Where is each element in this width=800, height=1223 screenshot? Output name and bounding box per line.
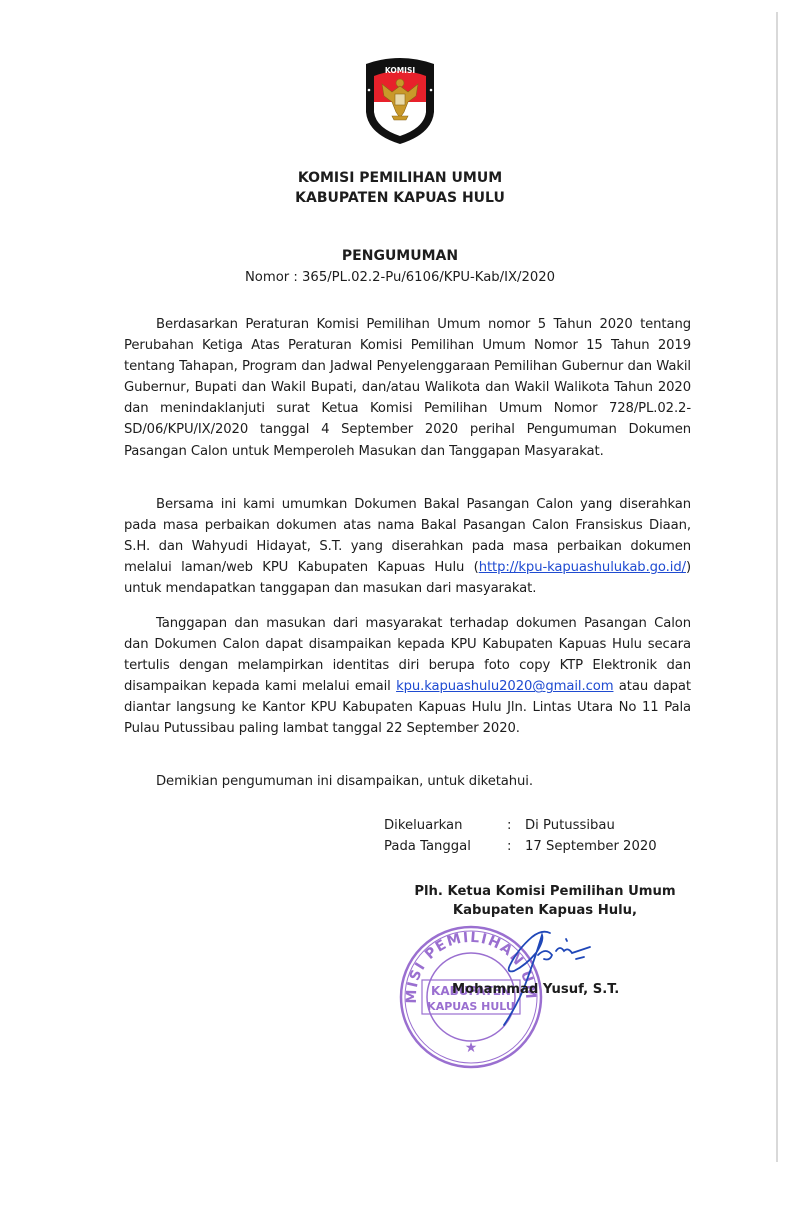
issued-info: Dikeluarkan : Di Putussibau Pada Tanggal… <box>384 815 657 857</box>
logo-top-text: KOMISI <box>385 66 416 75</box>
signatory-name: Mohammad Yusuf, S.T. <box>452 980 619 1000</box>
issued-place-value: Di Putussibau <box>525 815 615 836</box>
issued-date-label: Pada Tanggal <box>384 836 507 857</box>
issued-place-row: Dikeluarkan : Di Putussibau <box>384 815 657 836</box>
organization-line-1: KOMISI PEMILIHAN UMUM <box>0 168 800 188</box>
issued-date-row: Pada Tanggal : 17 September 2020 <box>384 836 657 857</box>
stamp-star-icon: ★ <box>465 1040 478 1056</box>
signatory-title: Plh. Ketua Komisi Pemilihan Umum Kabupat… <box>380 882 710 920</box>
issued-place-label: Dikeluarkan <box>384 815 507 836</box>
email-link[interactable]: kpu.kapuashulu2020@gmail.com <box>396 679 613 694</box>
website-link[interactable]: http://kpu-kapuashulukab.go.id/ <box>479 560 686 575</box>
paragraph-1: Berdasarkan Peraturan Komisi Pemilihan U… <box>124 314 691 462</box>
signatory-title-line-1: Plh. Ketua Komisi Pemilihan Umum <box>380 882 710 901</box>
paragraph-2: Bersama ini kami umumkan Dokumen Bakal P… <box>124 494 691 599</box>
document-number: Nomor : 365/PL.02.2-Pu/6106/KPU-Kab/IX/2… <box>0 268 800 288</box>
kpu-emblem-icon: KOMISI PEMILIHAN UMUM <box>352 50 448 146</box>
separator: : <box>507 815 525 836</box>
paragraph-3: Tanggapan dan masukan dari masyarakat te… <box>124 613 691 740</box>
organization-name: KOMISI PEMILIHAN UMUM KABUPATEN KAPUAS H… <box>0 168 800 208</box>
closing-statement: Demikian pengumuman ini disampaikan, unt… <box>124 771 691 792</box>
organization-line-2: KABUPATEN KAPUAS HULU <box>0 188 800 208</box>
signatory-title-line-2: Kabupaten Kapuas Hulu, <box>380 901 710 920</box>
separator: : <box>507 836 525 857</box>
document-title: PENGUMUMAN <box>0 246 800 266</box>
issued-date-value: 17 September 2020 <box>525 836 657 857</box>
